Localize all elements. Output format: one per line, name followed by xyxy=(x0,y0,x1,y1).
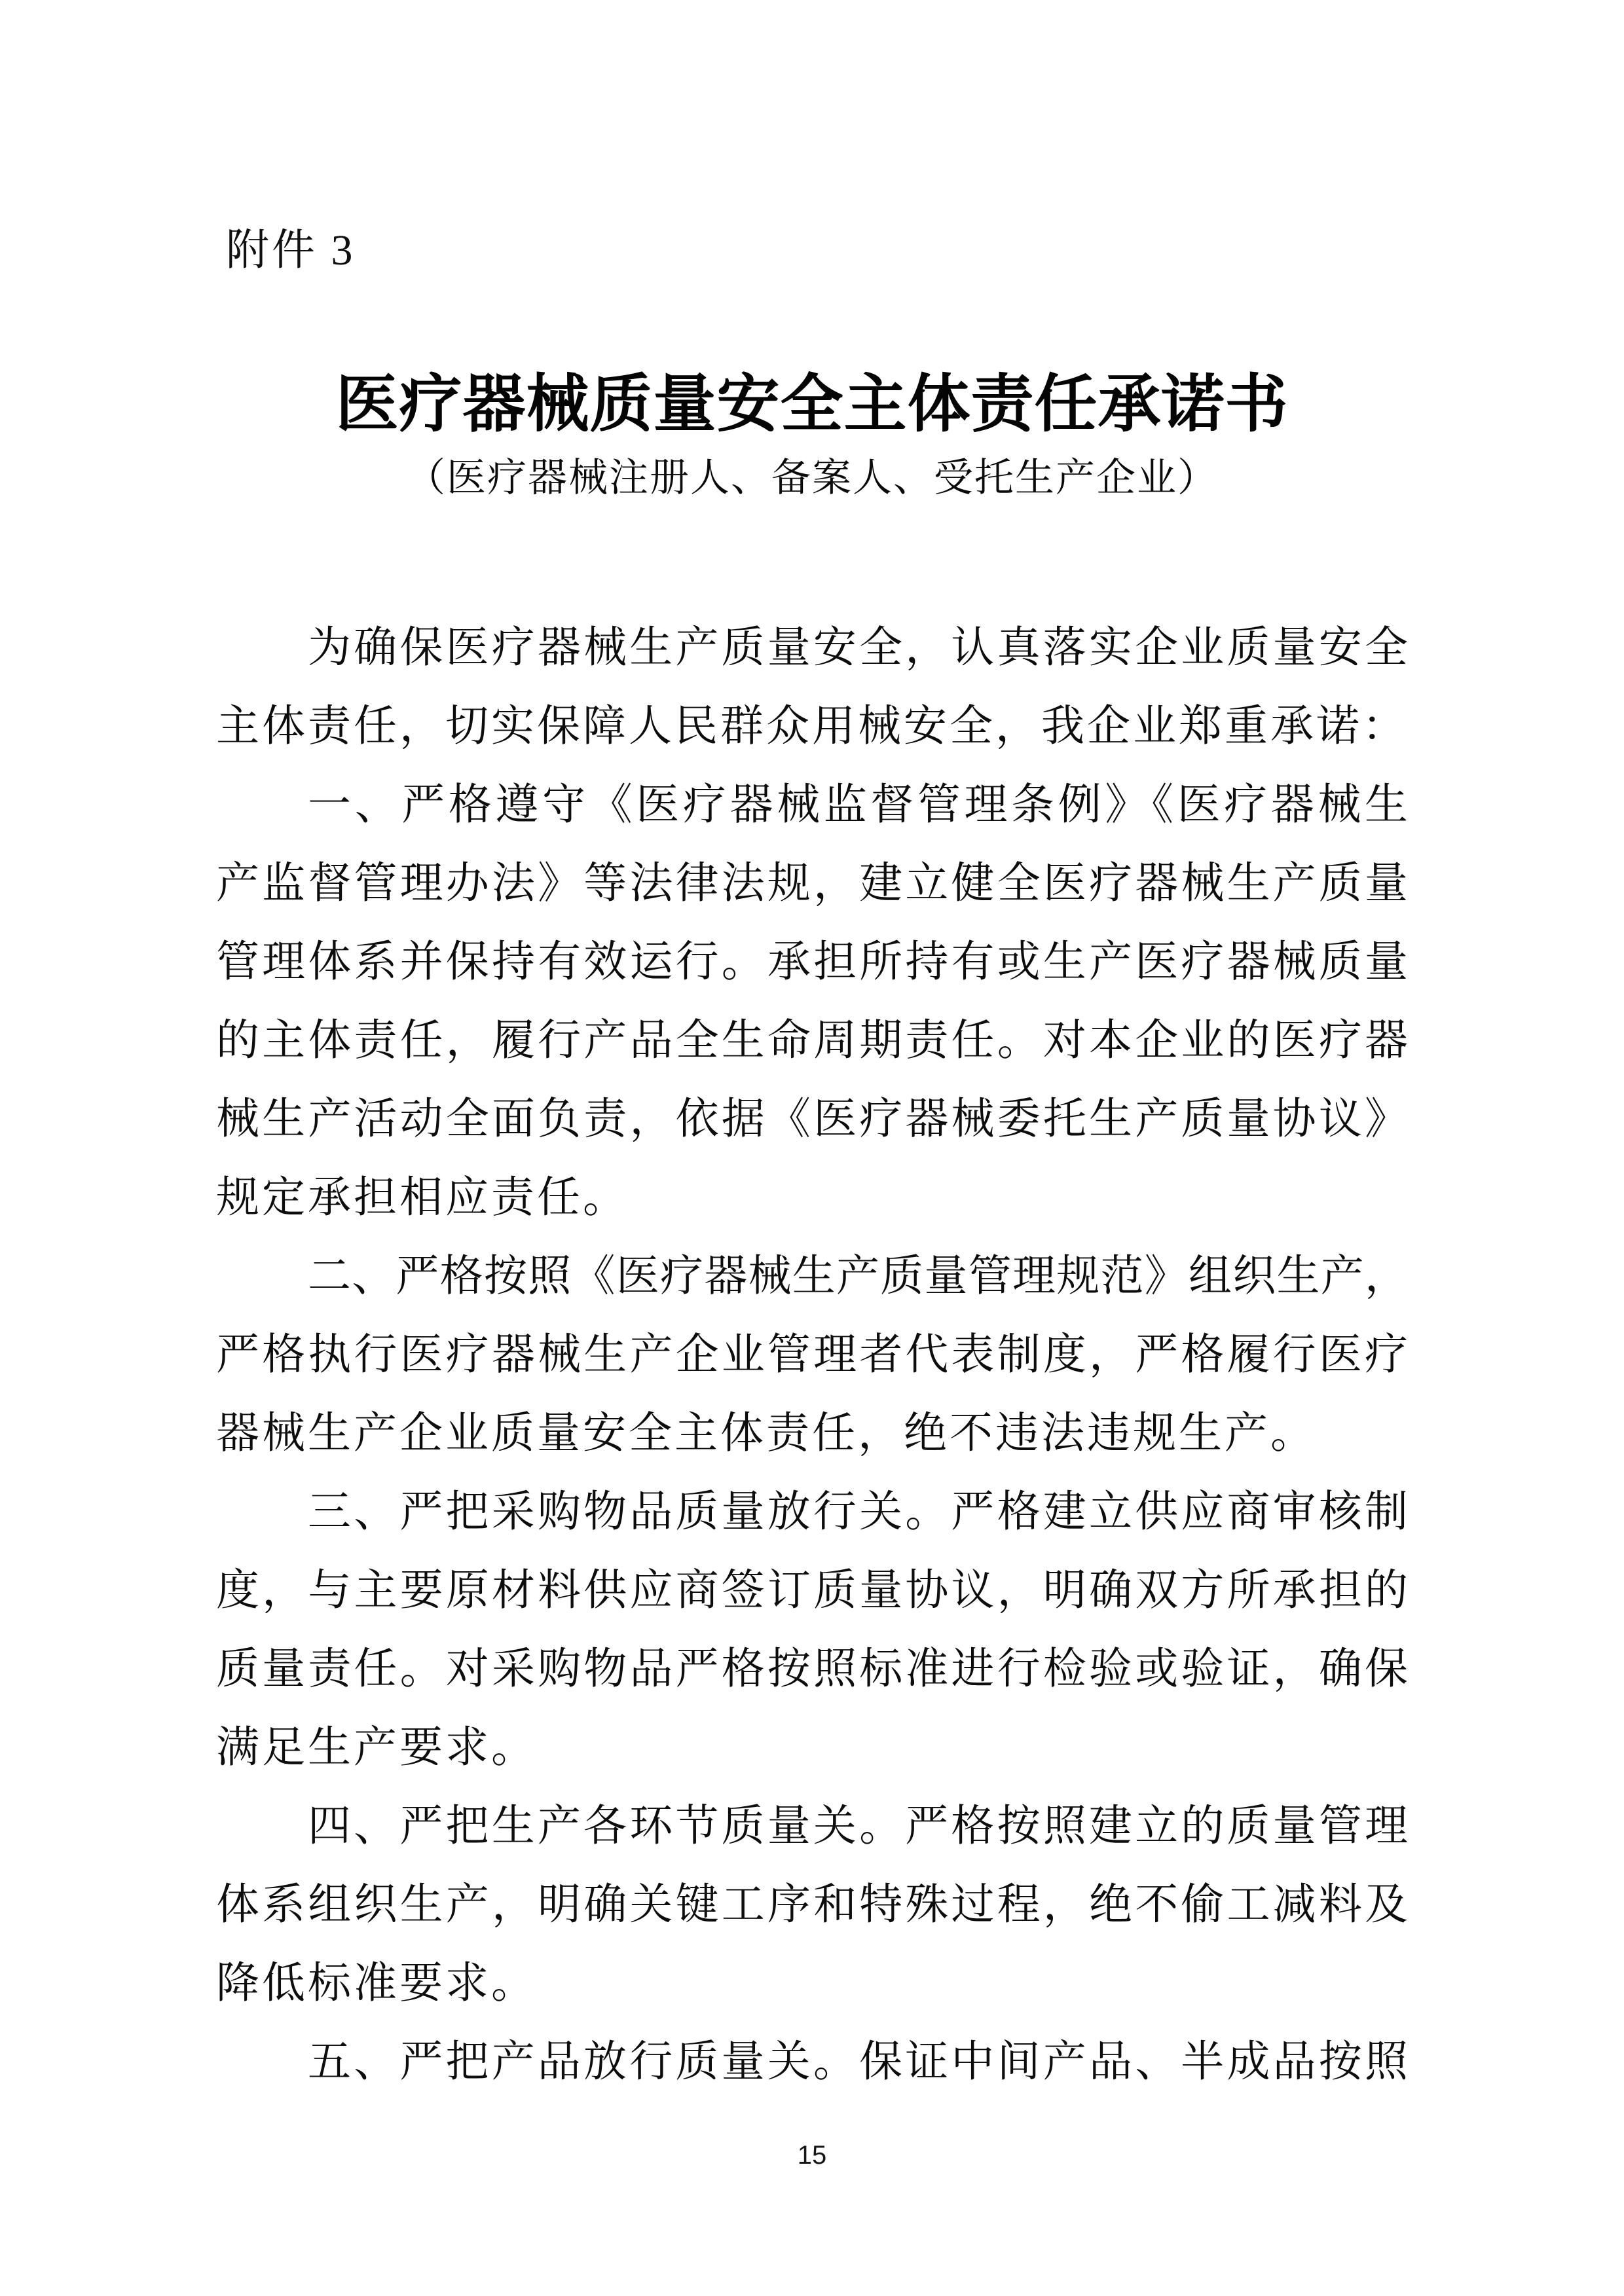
body-line: 器械生产企业质量安全主体责任，绝不违法违规生产。 xyxy=(216,1394,1408,1473)
body-line: 主体责任，切实保障人民群众用械安全，我企业郑重承诺： xyxy=(216,687,1408,766)
body-line: 管理体系并保持有效运行。承担所持有或生产医疗器械质量 xyxy=(216,923,1408,1002)
body-line: 严格执行医疗器械生产企业管理者代表制度，严格履行医疗 xyxy=(216,1316,1408,1394)
body-line: 规定承担相应责任。 xyxy=(216,1159,1408,1237)
document-body: 为确保医疗器械生产质量安全，认真落实企业质量安全 主体责任，切实保障人民群众用械… xyxy=(216,609,1408,2102)
body-line: 体系组织生产，明确关键工序和特殊过程，绝不偷工减料及 xyxy=(216,1866,1408,1944)
document-title: 医疗器械质量安全主体责任承诺书 xyxy=(0,357,1624,452)
body-line: 二、严格按照《医疗器械生产质量管理规范》组织生产， xyxy=(216,1237,1408,1316)
body-line: 质量责任。对采购物品严格按照标准进行检验或验证，确保 xyxy=(216,1630,1408,1709)
document-page: 附件 3 医疗器械质量安全主体责任承诺书 （医疗器械注册人、备案人、受托生产企业… xyxy=(0,0,1624,2296)
body-line: 的主体责任，履行产品全生命周期责任。对本企业的医疗器 xyxy=(216,1002,1408,1080)
body-line: 度，与主要原材料供应商签订质量协议，明确双方所承担的 xyxy=(216,1552,1408,1630)
body-line: 满足生产要求。 xyxy=(216,1709,1408,1787)
document-subtitle: （医疗器械注册人、备案人、受托生产企业） xyxy=(0,450,1624,505)
page-number: 15 xyxy=(0,2140,1624,2171)
body-line: 械生产活动全面负责，依据《医疗器械委托生产质量协议》 xyxy=(216,1080,1408,1159)
body-line: 四、严把生产各环节质量关。严格按照建立的质量管理 xyxy=(216,1787,1408,1866)
body-line: 一、严格遵守《医疗器械监督管理条例》《医疗器械生 xyxy=(216,766,1408,845)
body-line: 三、严把采购物品质量放行关。严格建立供应商审核制 xyxy=(216,1473,1408,1552)
body-line: 为确保医疗器械生产质量安全，认真落实企业质量安全 xyxy=(216,609,1408,687)
body-line: 五、严把产品放行质量关。保证中间产品、半成品按照 xyxy=(216,2023,1408,2102)
body-line: 降低标准要求。 xyxy=(216,1944,1408,2023)
attachment-label: 附件 3 xyxy=(226,223,356,279)
body-line: 产监督管理办法》等法律法规，建立健全医疗器械生产质量 xyxy=(216,845,1408,923)
